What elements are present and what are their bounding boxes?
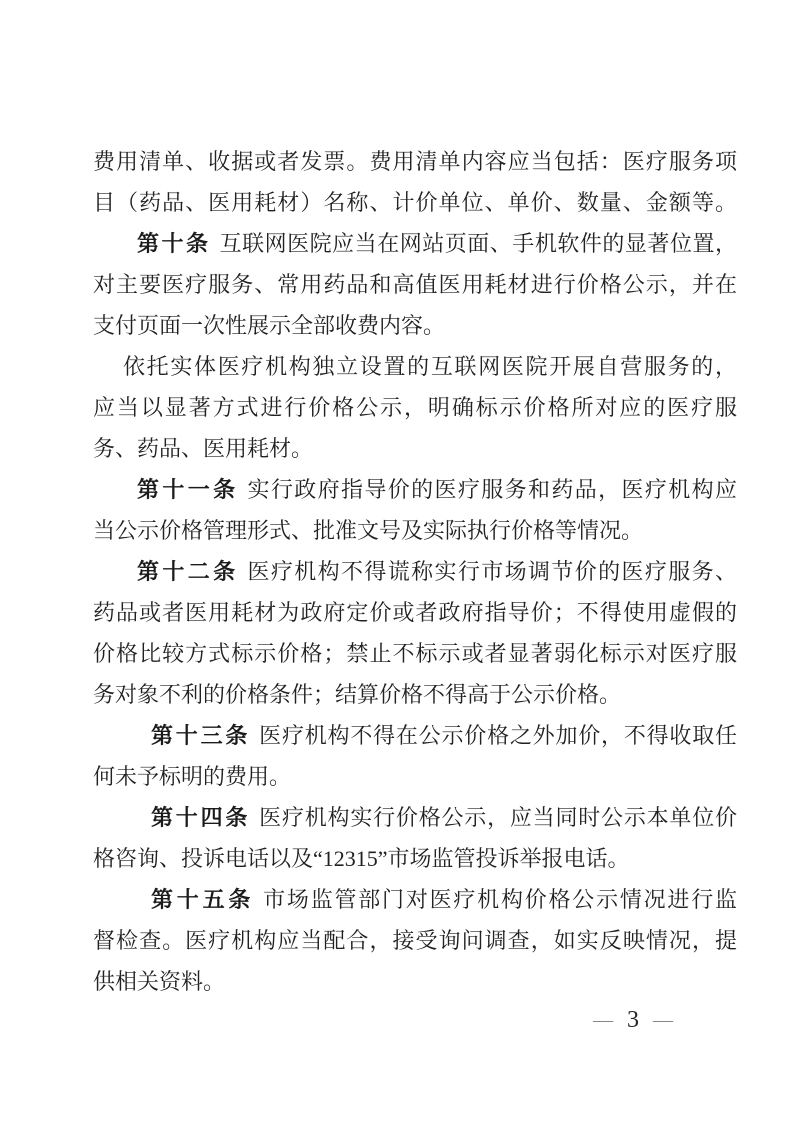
article-number: 第十五条 xyxy=(151,887,254,912)
article-number: 第十三条 xyxy=(151,723,250,748)
article-number: 第十四条 xyxy=(151,805,250,830)
text-line: 应当以显著方式进行价格公示，明确标示价格所对应的医疗服 xyxy=(93,387,737,428)
page-number-right-dash: — xyxy=(653,1005,673,1035)
text-line: 供相关资料。 xyxy=(93,961,737,1002)
line-text: 务对象不利的价格条件；结算价格不得高于公示价格。 xyxy=(93,682,621,707)
text-line: 第十三条医疗机构不得在公示价格之外加价，不得收取任 xyxy=(93,715,737,756)
line-text: 目（药品、医用耗材）名称、计价单位、单价、数量、金额等。 xyxy=(93,190,737,215)
line-text: 应当以显著方式进行价格公示，明确标示价格所对应的医疗服 xyxy=(93,395,737,420)
line-text: 互联网医院应当在网站页面、手机软件的显著位置， xyxy=(220,231,737,256)
line-text: 供相关资料。 xyxy=(93,969,225,994)
page-number: — 3 — xyxy=(593,1005,673,1035)
line-text: 依托实体医疗机构独立设置的互联网医院开展自营服务的， xyxy=(123,354,737,379)
text-line: 第十条互联网医院应当在网站页面、手机软件的显著位置， xyxy=(93,223,737,264)
text-line: 价格比较方式标示价格；禁止不标示或者显著弱化标示对医疗服 xyxy=(93,633,737,674)
page-number-left-dash: — xyxy=(593,1005,613,1035)
article-number: 第十一条 xyxy=(137,477,239,502)
line-text: 支付页面一次性展示全部收费内容。 xyxy=(93,313,445,338)
line-text: 市场监管部门对医疗机构价格公示情况进行监 xyxy=(263,887,737,912)
line-text: 当公示价格管理形式、批准文号及实际执行价格等情况。 xyxy=(93,518,643,543)
text-line: 督检查。医疗机构应当配合，接受询问调查，如实反映情况，提 xyxy=(93,920,737,961)
document-body: 费用清单、收据或者发票。费用清单内容应当包括：医疗服务项 目（药品、医用耗材）名… xyxy=(93,141,737,1002)
text-line: 第十一条实行政府指导价的医疗服务和药品，医疗机构应 xyxy=(93,469,737,510)
line-text: 医疗机构不得谎称实行市场调节价的医疗服务、 xyxy=(248,559,737,584)
text-line: 支付页面一次性展示全部收费内容。 xyxy=(93,305,737,346)
line-text: 何未予标明的费用。 xyxy=(93,764,291,789)
text-line: 药品或者医用耗材为政府定价或者政府指导价；不得使用虚假的 xyxy=(93,592,737,633)
line-text: 费用清单、收据或者发票。费用清单内容应当包括：医疗服务项 xyxy=(93,149,737,174)
text-line: 当公示价格管理形式、批准文号及实际执行价格等情况。 xyxy=(93,510,737,551)
line-text: 实行政府指导价的医疗服务和药品，医疗机构应 xyxy=(248,477,737,502)
article-number: 第十二条 xyxy=(137,559,239,584)
line-text: 药品或者医用耗材为政府定价或者政府指导价；不得使用虚假的 xyxy=(93,600,737,625)
line-text: 格咨询、投诉电话以及“12315”市场监管投诉举报电话。 xyxy=(93,846,630,871)
text-line: 目（药品、医用耗材）名称、计价单位、单价、数量、金额等。 xyxy=(93,182,737,223)
text-line: 务对象不利的价格条件；结算价格不得高于公示价格。 xyxy=(93,674,737,715)
line-text: 医疗机构不得在公示价格之外加价，不得收取任 xyxy=(259,723,737,748)
line-text: 督检查。医疗机构应当配合，接受询问调查，如实反映情况，提 xyxy=(93,928,737,953)
text-line: 务、药品、医用耗材。 xyxy=(93,428,737,469)
document-page: 费用清单、收据或者发票。费用清单内容应当包括：医疗服务项 目（药品、医用耗材）名… xyxy=(0,0,800,1131)
text-line: 第十五条市场监管部门对医疗机构价格公示情况进行监 xyxy=(93,879,737,920)
text-line: 格咨询、投诉电话以及“12315”市场监管投诉举报电话。 xyxy=(93,838,737,879)
line-text: 对主要医疗服务、常用药品和高值医用耗材进行价格公示，并在 xyxy=(93,272,737,297)
line-text: 医疗机构实行价格公示，应当同时公示本单位价 xyxy=(259,805,737,830)
text-line: 第十四条医疗机构实行价格公示，应当同时公示本单位价 xyxy=(93,797,737,838)
article-number: 第十条 xyxy=(137,231,211,256)
text-line: 第十二条医疗机构不得谎称实行市场调节价的医疗服务、 xyxy=(93,551,737,592)
text-line: 对主要医疗服务、常用药品和高值医用耗材进行价格公示，并在 xyxy=(93,264,737,305)
page-number-value: 3 xyxy=(627,1005,639,1035)
line-text: 价格比较方式标示价格；禁止不标示或者显著弱化标示对医疗服 xyxy=(93,641,737,666)
text-line: 费用清单、收据或者发票。费用清单内容应当包括：医疗服务项 xyxy=(93,141,737,182)
line-text: 务、药品、医用耗材。 xyxy=(93,436,313,461)
text-line: 依托实体医疗机构独立设置的互联网医院开展自营服务的， xyxy=(93,346,737,387)
text-line: 何未予标明的费用。 xyxy=(93,756,737,797)
